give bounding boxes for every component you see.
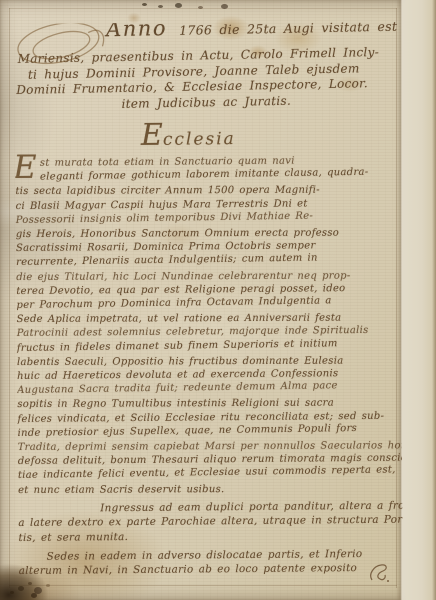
margin-rule-left bbox=[9, 8, 10, 588]
manuscript-line: labentis Saeculi, Oppositio his fructibu… bbox=[17, 354, 401, 370]
end-paraph-icon bbox=[366, 560, 392, 586]
church-description-paragraph: Est murata tota etiam in Sanctuario quam… bbox=[15, 154, 402, 498]
manuscript-page: Anno 1766 die 25ta Augi visitata est Ecc… bbox=[0, 0, 436, 600]
manuscript-line: et nunc etiam Sacris deservit usibus. bbox=[18, 482, 402, 498]
margin-rule-top bbox=[9, 8, 397, 9]
manuscript-line: Tradita, deprimi sensim capiebat Marsi p… bbox=[18, 439, 402, 455]
visitation-header: Anno 1766 die 25ta Augi visitata est Ecc… bbox=[14, 21, 400, 114]
opening-word: Anno bbox=[106, 21, 167, 42]
manuscript-line: Sede Aplica impetrata, ut vel ratione ea… bbox=[17, 312, 401, 328]
manuscript-line: alterum in Navi, in Sanctuario ab eo loc… bbox=[19, 561, 403, 579]
manuscript-line: sopitis in Regno Tumultibus intestinis R… bbox=[17, 397, 401, 413]
page-fold-edge bbox=[400, 0, 436, 600]
manuscript-line: tis secta lapidibus circiter Annum 1500 … bbox=[15, 184, 399, 200]
section-heading: Ecclesia bbox=[141, 116, 399, 153]
seating-paragraph: Sedes in eadem in adverso dislocatae par… bbox=[19, 546, 403, 579]
edge-specks bbox=[142, 3, 147, 6]
manuscript-line: tis, et sera munita. bbox=[18, 528, 402, 546]
manuscript-text: Anno 1766 die 25ta Augi visitata est Ecc… bbox=[14, 21, 403, 592]
entrance-paragraph: Ingressus ad eam duplici porta panditur,… bbox=[18, 499, 402, 546]
manuscript-line: gis Herois, Honoribus Sanctorum Omnium e… bbox=[16, 226, 400, 242]
corner-stain-specks bbox=[10, 591, 14, 594]
manuscript-line: die ejus Titulari, hic Loci Nundinae cel… bbox=[16, 269, 400, 285]
calligraphic-flourish-icon bbox=[14, 21, 107, 70]
opening-line-text: 1766 die 25ta Augi visitata est Ecclia bbox=[179, 21, 403, 38]
